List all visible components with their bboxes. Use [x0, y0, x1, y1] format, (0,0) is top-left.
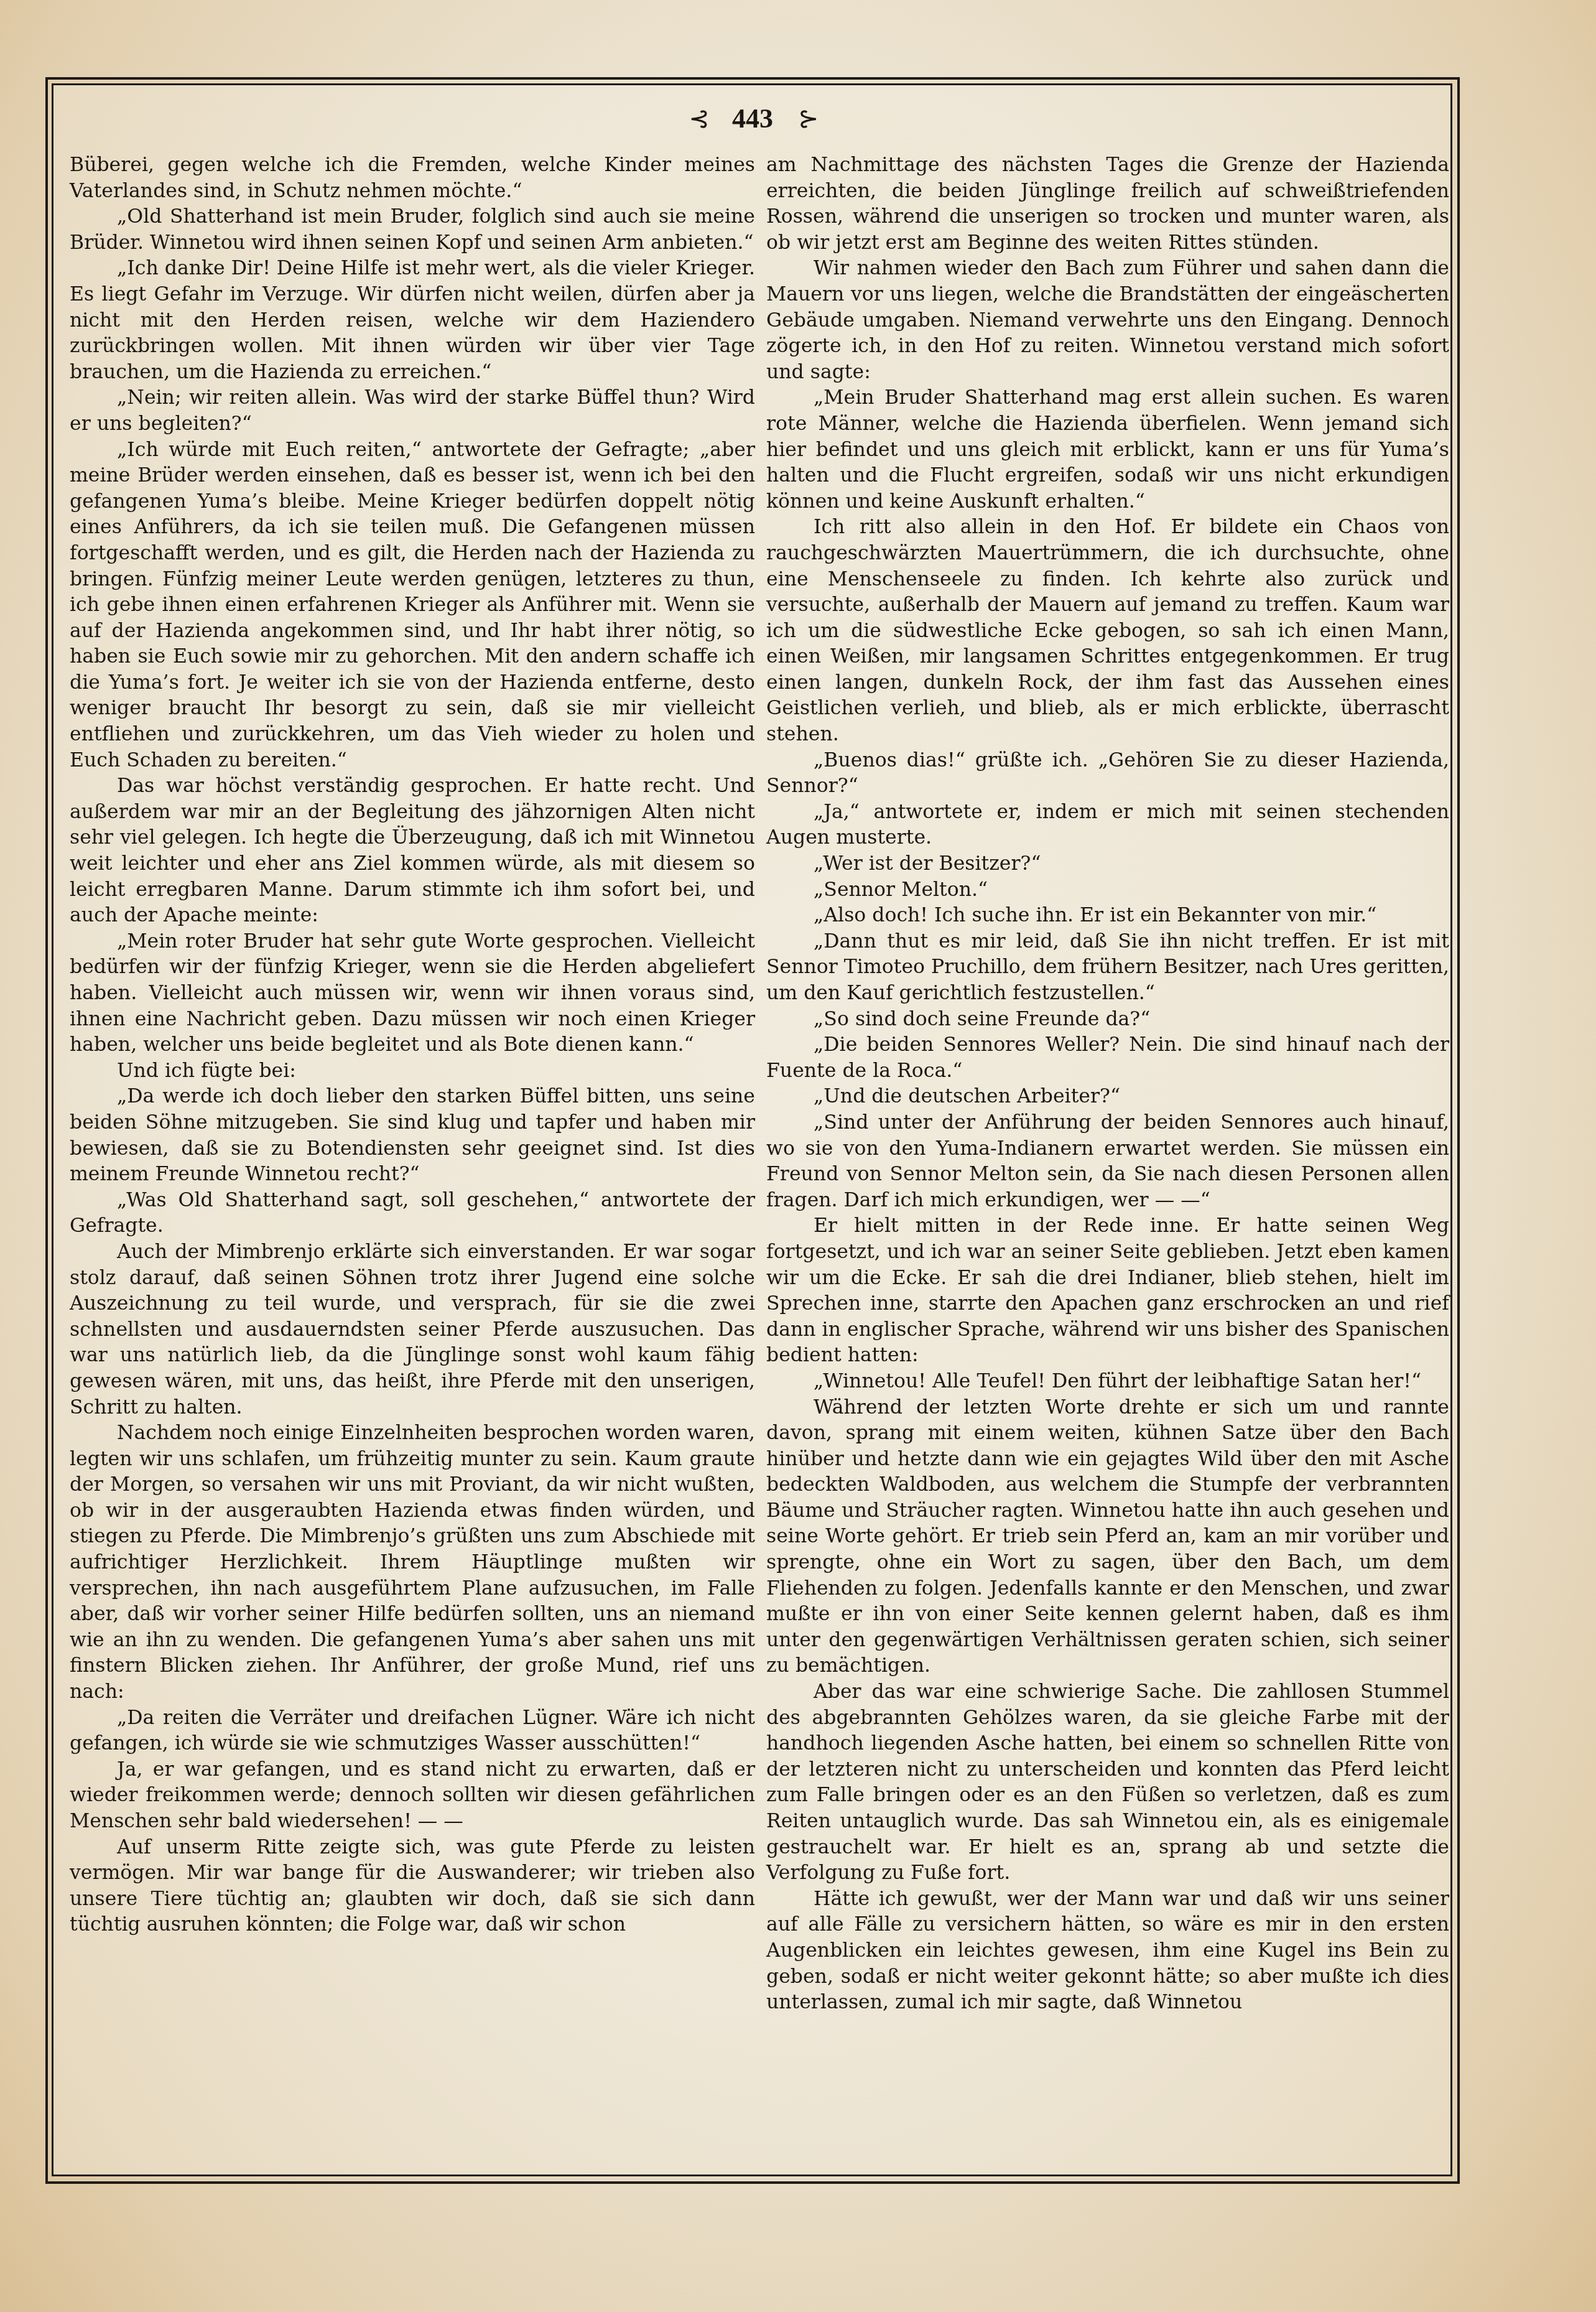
- paragraph: „Winnetou! Alle Teufel! Den führt der le…: [766, 1369, 1449, 1395]
- ornament-right-icon: ⊱: [798, 104, 817, 133]
- paragraph: Auf unserm Ritte zeigte sich, was gute P…: [70, 1835, 755, 1938]
- page-header: ⊰ 443 ⊱: [0, 100, 1505, 137]
- paragraph: „Buenos dias!“ grüßte ich. „Gehören Sie …: [766, 748, 1449, 799]
- paragraph: „Sennor Melton.“: [766, 877, 1449, 903]
- paragraph: Hätte ich gewußt, wer der Mann war und d…: [766, 1886, 1449, 2016]
- paragraph: „Ja,“ antwortete er, indem er mich mit s…: [766, 799, 1449, 851]
- paragraph: „Da reiten die Verräter und dreifachen L…: [70, 1705, 755, 1757]
- ornament-left-icon: ⊰: [689, 104, 707, 133]
- paragraph: „Dann thut es mir leid, daß Sie ihn nich…: [766, 929, 1449, 1007]
- paragraph: „Sind unter der Anführung der beiden Sen…: [766, 1110, 1449, 1213]
- paragraph: „Was Old Shatterhand sagt, soll geschehe…: [70, 1188, 755, 1239]
- left-column: Büberei, gegen welche ich die Fremden, w…: [70, 152, 755, 1938]
- paragraph: Er hielt mitten in der Rede inne. Er hat…: [766, 1213, 1449, 1369]
- page-number: 443: [732, 103, 773, 134]
- paragraph: „Mein roter Bruder hat sehr gute Worte g…: [70, 929, 755, 1058]
- paragraph: „Und die deutschen Arbeiter?“: [766, 1084, 1449, 1110]
- right-column: am Nachmittage des nächsten Tages die Gr…: [766, 152, 1449, 2016]
- paragraph: „Ich würde mit Euch reiten,“ antwortete …: [70, 437, 755, 774]
- paragraph: „Also doch! Ich suche ihn. Er ist ein Be…: [766, 903, 1449, 929]
- paragraph: „So sind doch seine Freunde da?“: [766, 1007, 1449, 1033]
- paragraph: Nachdem noch einige Einzelnheiten bespro…: [70, 1420, 755, 1705]
- paragraph: Auch der Mimbrenjo erklärte sich einvers…: [70, 1239, 755, 1420]
- paragraph: „Nein; wir reiten allein. Was wird der s…: [70, 385, 755, 437]
- paragraph: Während der letzten Worte drehte er sich…: [766, 1395, 1449, 1680]
- paragraph: Das war höchst verständig gesprochen. Er…: [70, 773, 755, 929]
- paragraph: Ich ritt also allein in den Hof. Er bild…: [766, 515, 1449, 747]
- paragraph: Büberei, gegen welche ich die Fremden, w…: [70, 152, 755, 204]
- paragraph: „Mein Bruder Shatterhand mag erst allein…: [766, 385, 1449, 515]
- paragraph: Und ich fügte bei:: [70, 1058, 755, 1084]
- paragraph: Ja, er war gefangen, und es stand nicht …: [70, 1757, 755, 1835]
- paragraph: Aber das war eine schwierige Sache. Die …: [766, 1679, 1449, 1886]
- paragraph: Wir nahmen wieder den Bach zum Führer un…: [766, 256, 1449, 385]
- paragraph: „Ich danke Dir! Deine Hilfe ist mehr wer…: [70, 256, 755, 385]
- paragraph: „Wer ist der Besitzer?“: [766, 851, 1449, 877]
- paragraph: „Da werde ich doch lieber den starken Bü…: [70, 1084, 755, 1187]
- paragraph: am Nachmittage des nächsten Tages die Gr…: [766, 152, 1449, 256]
- paragraph: „Old Shatterhand ist mein Bruder, folgli…: [70, 204, 755, 256]
- paragraph: „Die beiden Sennores Weller? Nein. Die s…: [766, 1032, 1449, 1084]
